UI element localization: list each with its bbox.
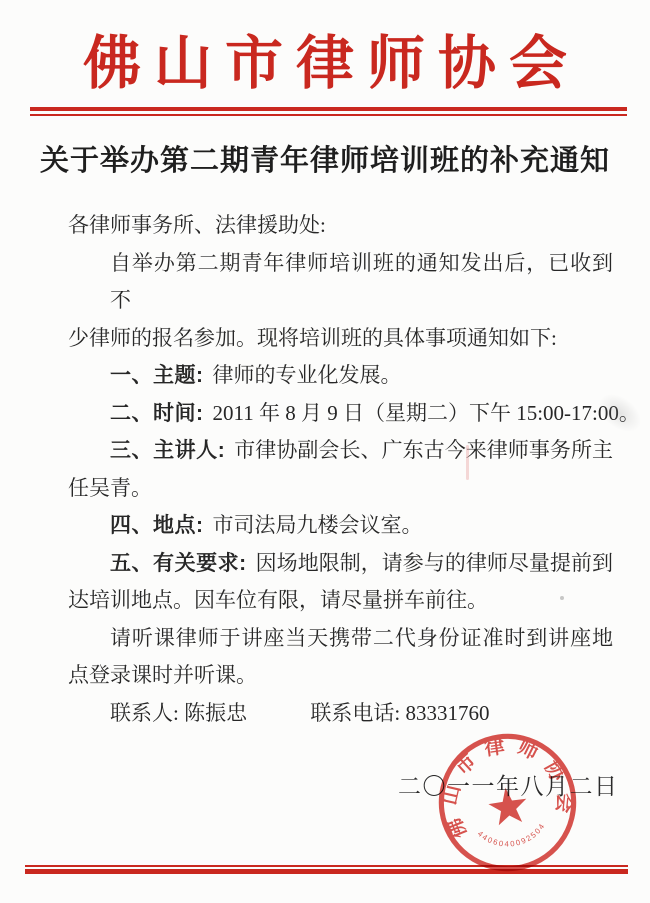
- item-time-text: 2011 年 8 月 9 日（星期二）下午 15:00-17:00。: [213, 401, 640, 425]
- item-speaker-label: 三、主讲人:: [110, 439, 225, 462]
- intro-line-2: 少律师的报名参加。现将培训班的具体事项通知如下:: [68, 320, 613, 358]
- seal-ring-text: 佛山市律师协会: [429, 725, 581, 843]
- scan-pink-streak: [466, 445, 469, 480]
- item-topic-label: 一、主题:: [110, 364, 204, 387]
- item-topic-text: 律师的专业化发展。: [213, 363, 402, 387]
- item-location: 四、地点:市司法局九楼会议室。: [68, 507, 613, 545]
- item-location-label: 四、地点:: [110, 514, 204, 537]
- document-body: 各律师事务所、法律援助处: 自举办第二期青年律师培训班的通知发出后，已收到不 少…: [68, 207, 613, 732]
- item-speaker-line-1: 三、主讲人:市律协副会长、广东古今来律师事务所主: [68, 432, 613, 470]
- closing-line-2: 点登录课时并听课。: [68, 657, 613, 695]
- letterhead-divider: [30, 107, 627, 116]
- contact-phone-label: 联系电话:: [310, 701, 400, 725]
- intro-line-1: 自举办第二期青年律师培训班的通知发出后，已收到不: [68, 245, 613, 320]
- official-seal: 佛山市律师协会 4406040092504: [424, 719, 590, 885]
- notice-document: 佛山市律师协会 关于举办第二期青年律师培训班的补充通知 各律师事务所、法律援助处…: [0, 0, 650, 903]
- document-title: 关于举办第二期青年律师培训班的补充通知: [0, 138, 650, 179]
- item-requirements-text-1: 因场地限制，请参与的律师尽量提前到: [256, 551, 613, 575]
- item-location-text: 市司法局九楼会议室。: [213, 513, 423, 537]
- salutation: 各律师事务所、法律援助处:: [68, 207, 613, 245]
- contact-person-name: 陈振忠: [184, 701, 247, 725]
- item-topic: 一、主题:律师的专业化发展。: [68, 357, 613, 395]
- closing-line-1: 请听课律师于讲座当天携带二代身份证准时到讲座地: [68, 620, 613, 658]
- seal-star-icon: [487, 785, 530, 826]
- letterhead-divider-thin-line: [30, 114, 627, 116]
- scan-dot: [560, 596, 564, 600]
- seal-serial-number: 4406040092504: [475, 820, 550, 853]
- item-speaker-line-2: 任吴青。: [68, 470, 613, 508]
- item-requirements-label: 五、有关要求:: [110, 552, 247, 575]
- contact-phone-number: 83331760: [405, 701, 489, 725]
- item-requirements-line-2: 达培训地点。因车位有限，请尽量拼车前往。: [68, 582, 613, 620]
- item-requirements-line-1: 五、有关要求:因场地限制，请参与的律师尽量提前到: [68, 545, 613, 583]
- contact-person-label: 联系人:: [110, 701, 179, 725]
- item-speaker-text-1: 市律协副会长、广东古今来律师事务所主: [234, 438, 613, 462]
- letterhead-org-name: 佛山市律师协会: [0, 16, 650, 100]
- item-time: 二、时间:2011 年 8 月 9 日（星期二）下午 15:00-17:00。: [68, 395, 613, 433]
- item-time-label: 二、时间:: [110, 402, 204, 425]
